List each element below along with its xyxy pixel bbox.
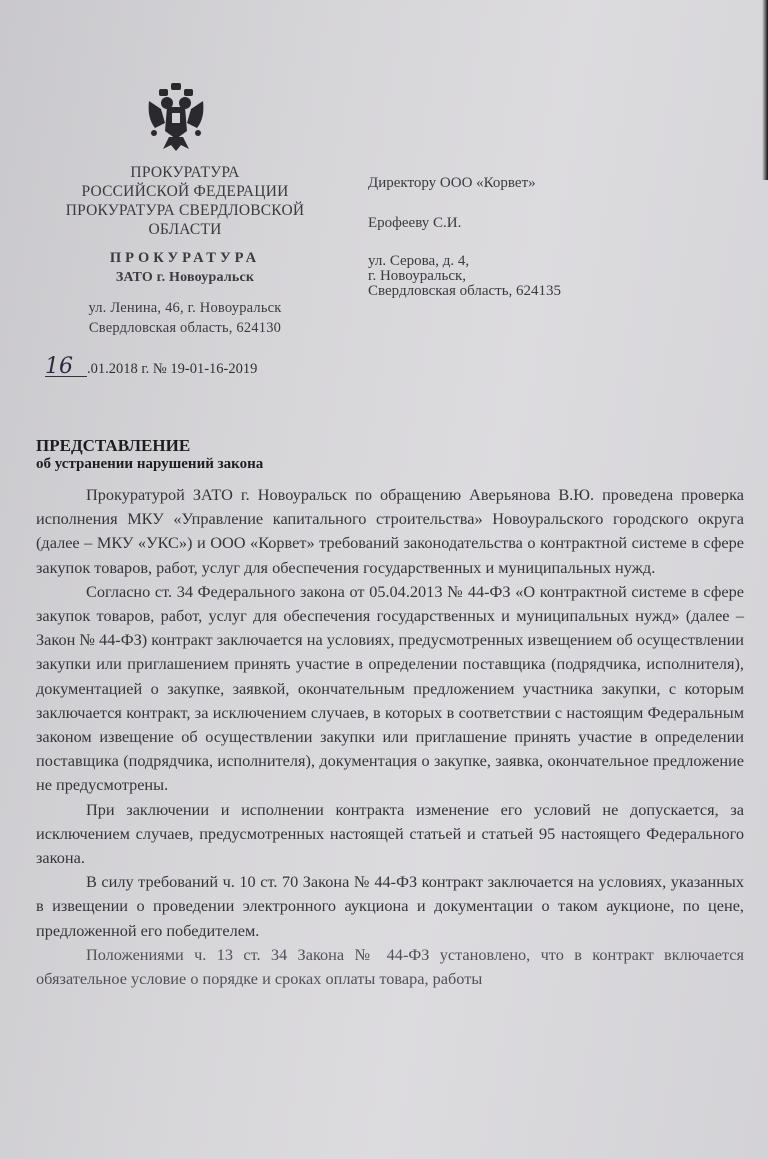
recipient-name: Ерофееву С.И. [368,214,561,233]
paragraph: Прокуратурой ЗАТО г. Новоуральск по обра… [36,483,744,580]
sender-organization-block: ПРОКУРАТУРА РОССИЙСКОЙ ФЕДЕРАЦИИ ПРОКУРА… [30,163,340,338]
handwritten-day: 16 [45,358,87,377]
office-title: ПРОКУРАТУРА [30,249,340,268]
coat-of-arms-icon [145,83,207,153]
document-subtitle: об устранении нарушений закона [36,455,263,473]
address-line: г. Новоуральск, [368,269,561,284]
org-line: ПРОКУРАТУРА [30,163,340,182]
org-line: ОБЛАСТИ [30,220,340,239]
address-line: Свердловская область, 624130 [30,318,340,338]
paragraph: Положениями ч. 13 ст. 34 Закона № 44-ФЗ … [36,943,744,991]
paragraph: Согласно ст. 34 Федерального закона от 0… [36,580,744,798]
address-line: ул. Ленина, 46, г. Новоуральск [30,298,340,318]
registration-line: 16.01.2018 г. № 19-01-16-2019 [45,358,257,378]
address-line: ул. Серова, д. 4, [368,254,561,269]
paragraph: При заключении и исполнении контракта из… [36,798,744,871]
office-subtitle: ЗАТО г. Новоуральск [30,268,340,287]
document-body: Прокуратурой ЗАТО г. Новоуральск по обра… [36,483,744,991]
document-page: ПРОКУРАТУРА РОССИЙСКОЙ ФЕДЕРАЦИИ ПРОКУРА… [0,0,768,1159]
paragraph: В силу требований ч. 10 ст. 70 Закона № … [36,870,744,943]
page-edge-shadow [762,0,768,180]
org-line: ПРОКУРАТУРА СВЕРДЛОВСКОЙ [30,201,340,220]
recipient-block: Директору ООО «Корвет» Ерофееву С.И. ул.… [368,174,561,299]
recipient-position: Директору ООО «Корвет» [368,174,561,193]
sender-address: ул. Ленина, 46, г. Новоуральск Свердловс… [30,298,340,338]
registration-number: .01.2018 г. № 19-01-16-2019 [87,361,257,377]
org-line: РОССИЙСКОЙ ФЕДЕРАЦИИ [30,182,340,201]
document-title-block: ПРЕДСТАВЛЕНИЕ об устранении нарушений за… [36,437,263,473]
document-title: ПРЕДСТАВЛЕНИЕ [36,437,263,455]
address-line: Свердловская область, 624135 [368,284,561,299]
recipient-address: ул. Серова, д. 4, г. Новоуральск, Свердл… [368,254,561,299]
